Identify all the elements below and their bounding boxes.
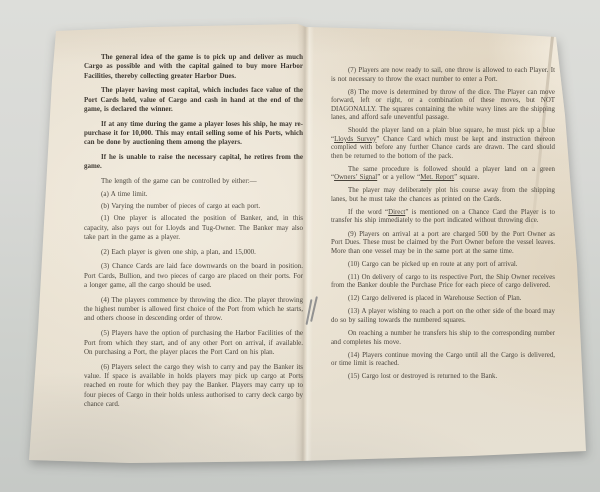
rule-3: (3) Chance Cards are laid face downwards… <box>84 262 303 290</box>
intro-paragraph-1: The general idea of the game is to pick … <box>84 53 303 81</box>
game-length-heading: The length of the game can be controlled… <box>84 177 303 186</box>
rule-6: (6) Players select the cargo they wish t… <box>84 363 303 409</box>
rule-7: (7) Players are now ready to sail, one t… <box>331 67 555 84</box>
rule-9: (9) Players on arrival at a port are cha… <box>331 231 555 257</box>
intro-paragraph-3: If at any time during the game a player … <box>84 120 303 148</box>
game-length-option-b: (b) Varying the number of pieces of carg… <box>84 202 303 211</box>
game-length-option-a: (a) A time limit. <box>84 190 303 199</box>
rule-5: (5) Players have the option of purchasin… <box>84 329 303 357</box>
rules-sheet: The general idea of the game is to pick … <box>0 0 600 492</box>
rule-12: (12) Cargo delivered is placed in Wareho… <box>331 295 555 304</box>
rule-4: (4) The players commence by throwing the… <box>84 296 303 324</box>
rule-8: (8) The move is determined by throw of t… <box>331 89 555 123</box>
rule-8-note-direct: If the word “Direct” is mentioned on a C… <box>331 209 555 226</box>
rules-left-column: The general idea of the game is to pick … <box>84 53 303 409</box>
bottom-right-crease <box>0 0 135 5</box>
rule-11: (11) On delivery of cargo to its respect… <box>331 274 555 291</box>
rule-14: (14) Players continue moving the Cargo u… <box>331 352 555 369</box>
intro-paragraph-2: The player having most capital, which in… <box>84 86 303 114</box>
rule-8-note-blue-square: Should the player land on a plain blue s… <box>331 127 555 161</box>
rules-right-column: (7) Players are now ready to sail, one t… <box>331 67 555 382</box>
rule-13: (13) A player wishing to reach a port on… <box>331 308 555 325</box>
intro-paragraph-4: If he is unable to raise the necessary c… <box>84 153 303 172</box>
rule-2: (2) Each player is given one ship, a pla… <box>84 248 303 257</box>
paper-shadow: The general idea of the game is to pick … <box>0 0 600 492</box>
rule-8-note-plot-course: The player may deliberately plot his cou… <box>331 187 555 204</box>
bottom-left-crease <box>1 0 179 16</box>
rule-10: (10) Cargo can be picked up en route at … <box>331 261 555 270</box>
rule-15: (15) Cargo lost or destroyed is returned… <box>331 373 555 382</box>
rule-8-note-green-yellow-square: The same procedure is followed should a … <box>331 166 555 183</box>
rule-13-note: On reaching a number he transfers his sh… <box>331 330 555 347</box>
photo-background: The general idea of the game is to pick … <box>0 0 600 492</box>
rule-1: (1) One player is allocated the position… <box>84 214 303 242</box>
